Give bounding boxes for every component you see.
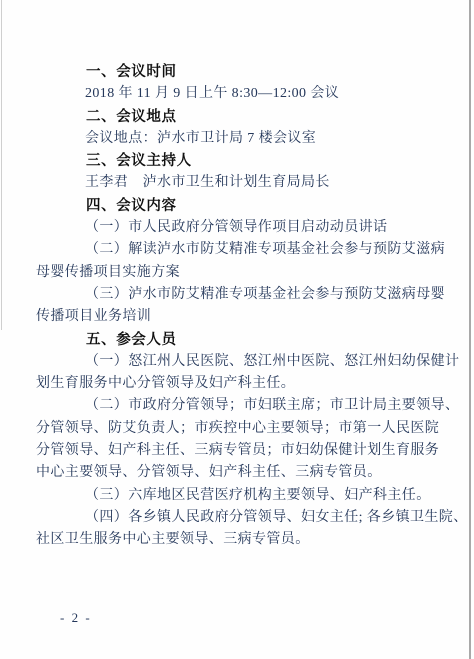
section-heading: 五、参会人员 bbox=[36, 329, 456, 351]
paragraph-line: 会议地点：泸水市卫计局 7 楼会议室 bbox=[36, 128, 456, 150]
paragraph-line: （一）市人民政府分管领导作项目启动动员讲话 bbox=[36, 217, 456, 239]
paragraph-line: 2018 年 11 月 9 日上午 8:30—12:00 会议 bbox=[36, 83, 456, 105]
paragraph-line: 中心主要领导、分管领导、妇产科主任、三病专管员。 bbox=[36, 462, 456, 484]
paragraph-line: 王李君 泸水市卫生和计划生育局局长 bbox=[36, 172, 456, 194]
paragraph-line: （一）怒江州人民医院、怒江州中医院、怒江州妇幼保健计 bbox=[36, 351, 456, 373]
paragraph-line: 社区卫生服务中心主要领导、三病专管员。 bbox=[36, 529, 456, 551]
paragraph-line: 分管领导、防艾负责人；市疾控中心主要领导；市第一人民医院 bbox=[36, 418, 456, 440]
paragraph-line: （二）市政府分管领导；市妇联主席；市卫计局主要领导、 bbox=[36, 395, 456, 417]
document-body: 一、会议时间2018 年 11 月 9 日上午 8:30—12:00 会议二、会… bbox=[36, 61, 456, 552]
section-heading: 三、会议主持人 bbox=[36, 150, 456, 172]
paragraph-line: （三）六库地区民营医疗机构主要领导、妇产科主任。 bbox=[36, 485, 456, 507]
paragraph-line: （四）各乡镇人民政府分管领导、妇女主任; 各乡镇卫生院、 bbox=[36, 507, 456, 529]
section-heading: 一、会议时间 bbox=[36, 61, 456, 83]
document-page: 一、会议时间2018 年 11 月 9 日上午 8:30—12:00 会议二、会… bbox=[0, 0, 474, 659]
paragraph-line: 划生育服务中心分管领导及妇产科主任。 bbox=[36, 373, 456, 395]
paragraph-line: （二）解读泸水市防艾精准专项基金社会参与预防艾滋病 bbox=[36, 239, 456, 261]
paragraph-line: （三）泸水市防艾精准专项基金社会参与预防艾滋病母婴 bbox=[36, 284, 456, 306]
paragraph-line: 母婴传播项目实施方案 bbox=[36, 262, 456, 284]
page-number: - 2 - bbox=[60, 610, 92, 626]
scan-edge-right bbox=[469, 0, 471, 659]
scan-edge-left bbox=[1, 0, 2, 330]
section-heading: 四、会议内容 bbox=[36, 195, 456, 217]
paragraph-line: 传播项目业务培训 bbox=[36, 306, 456, 328]
paragraph-line: 分管领导、妇产科主任、三病专管员；市妇幼保健计划生育服务 bbox=[36, 440, 456, 462]
section-heading: 二、会议地点 bbox=[36, 106, 456, 128]
